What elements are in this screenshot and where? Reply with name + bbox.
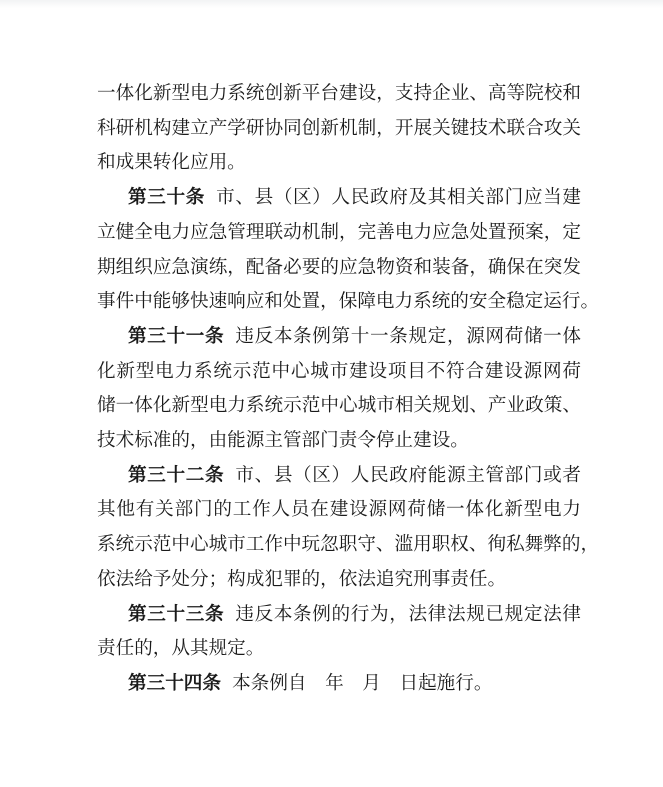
line-text: 违反本条例的行为，法律法规已规定法律	[235, 603, 581, 624]
line-text: 期组织应急演练，配备必要的应急物资和装备，确保在突发	[97, 256, 581, 277]
text-line: 事件中能够快速响应和处置，保障电力系统的安全稳定运行。	[97, 284, 581, 319]
line-text: 和成果转化应用。	[97, 151, 246, 172]
line-text: 本条例自 年 月 日起施行。	[232, 672, 492, 693]
line-text: 责任的，从其规定。	[97, 637, 264, 658]
text-line: 期组织应急演练，配备必要的应急物资和装备，确保在突发	[97, 250, 581, 285]
text-line: 其他有关部门的工作人员在建设源网荷储一体化新型电力	[97, 492, 581, 527]
line-text: 事件中能够快速响应和处置，保障电力系统的安全稳定运行。	[97, 290, 599, 311]
text-line: 立健全电力应急管理联动机制，完善电力应急处置预案，定	[97, 215, 581, 250]
document-body: 一体化新型电力系统创新平台建设，支持企业、高等院校和科研机构建立产学研协同创新机…	[97, 76, 581, 701]
text-line: 和成果转化应用。	[97, 145, 581, 180]
text-line: 依法给予处分；构成犯罪的，依法追究刑事责任。	[97, 562, 581, 597]
line-text: 系统示范中心城市工作中玩忽职守、滥用职权、徇私舞弊的，	[97, 533, 599, 554]
line-text: 科研机构建立产学研协同创新机制，开展关键技术联合攻关	[97, 117, 581, 138]
line-text: 依法给予处分；构成犯罪的，依法追究刑事责任。	[97, 568, 506, 589]
text-line: 一体化新型电力系统创新平台建设，支持企业、高等院校和	[97, 76, 581, 111]
line-text: 储一体化新型电力系统示范中心城市相关规划、产业政策、	[97, 394, 581, 415]
text-line: 化新型电力系统示范中心城市建设项目不符合建设源网荷	[97, 354, 581, 389]
text-line: 责任的，从其规定。	[97, 631, 581, 666]
page-top-shadow	[0, 0, 663, 8]
text-line: 科研机构建立产学研协同创新机制，开展关键技术联合攻关	[97, 111, 581, 146]
text-line: 储一体化新型电力系统示范中心城市相关规划、产业政策、	[97, 388, 581, 423]
line-text: 一体化新型电力系统创新平台建设，支持企业、高等院校和	[97, 82, 581, 103]
line-text: 立健全电力应急管理联动机制，完善电力应急处置预案，定	[97, 221, 581, 242]
text-line: 系统示范中心城市工作中玩忽职守、滥用职权、徇私舞弊的，	[97, 527, 581, 562]
article-number: 第三十三条	[128, 603, 224, 624]
line-text: 市、县（区）人民政府及其相关部门应当建	[216, 186, 581, 207]
text-line: 第三十条市、县（区）人民政府及其相关部门应当建	[97, 180, 581, 215]
line-text: 其他有关部门的工作人员在建设源网荷储一体化新型电力	[97, 498, 581, 519]
article-number: 第三十条	[128, 186, 205, 207]
text-line: 第三十四条本条例自 年 月 日起施行。	[97, 666, 581, 701]
line-text: 违反本条例第十一条规定，源网荷储一体	[235, 325, 581, 346]
line-text: 化新型电力系统示范中心城市建设项目不符合建设源网荷	[97, 360, 581, 381]
document-page: { "page": { "background": "#ffffff", "te…	[0, 0, 663, 787]
article-number: 第三十二条	[128, 464, 224, 485]
text-line: 技术标准的，由能源主管部门责令停止建设。	[97, 423, 581, 458]
text-line: 第三十一条违反本条例第十一条规定，源网荷储一体	[97, 319, 581, 354]
article-number: 第三十四条	[128, 672, 221, 693]
text-line: 第三十二条市、县（区）人民政府能源主管部门或者	[97, 458, 581, 493]
line-text: 市、县（区）人民政府能源主管部门或者	[235, 464, 581, 485]
text-line: 第三十三条违反本条例的行为，法律法规已规定法律	[97, 597, 581, 632]
line-text: 技术标准的，由能源主管部门责令停止建设。	[97, 429, 469, 450]
article-number: 第三十一条	[128, 325, 224, 346]
